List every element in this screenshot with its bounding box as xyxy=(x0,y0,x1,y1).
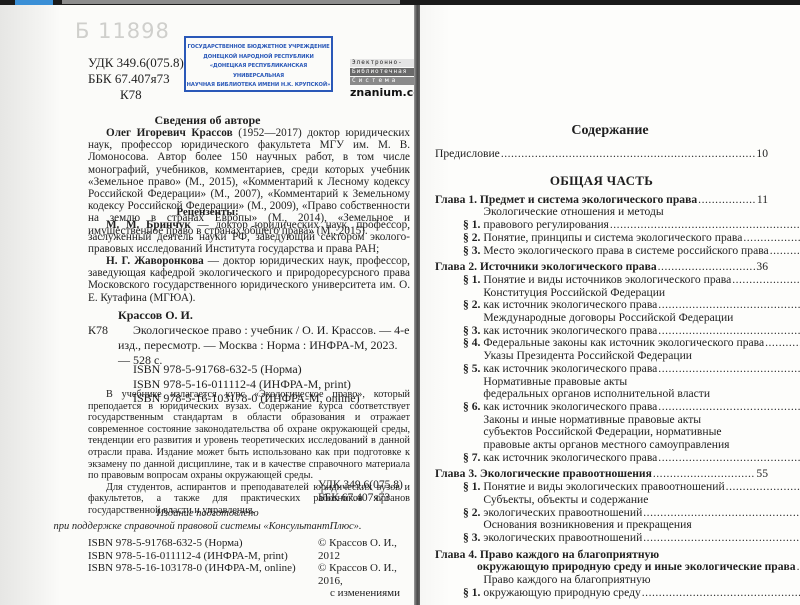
toc-entry-label: Глава 4. Право каждого на благоприятнуюо… xyxy=(435,549,800,574)
copyright-block: © Крассов О. И., 2012 © Крассов О. И., 2… xyxy=(318,537,415,600)
section-label-line: правового регулирования11 xyxy=(483,219,800,232)
section-number: § 6. xyxy=(463,401,480,414)
section-label-text: как источник экологического права xyxy=(483,452,657,465)
section-label-line: окружающую природную среду68 xyxy=(483,587,800,600)
prepared-note-line: при поддержке справочной правовой систем… xyxy=(0,520,415,533)
leader-dots xyxy=(797,561,800,574)
leader-dots xyxy=(658,452,800,465)
section-label-line: Понятие, принципы и система экологическо… xyxy=(483,232,800,245)
part-title: ОБЩАЯ ЧАСТЬ xyxy=(435,173,768,189)
stamp-line: ГОСУДАРСТВЕННОЕ БЮДЖЕТНОЕ УЧРЕЖДЕНИЕ xyxy=(186,43,331,53)
section-label-text: Указы Президента Российской Федерации xyxy=(483,350,692,363)
toc-entry-chapter[interactable]: Глава 4. Право каждого на благоприятнуюо… xyxy=(435,549,768,574)
toc-entry-section[interactable]: § 1.Право каждого на благоприятнуюокружа… xyxy=(435,574,768,599)
leader-dots xyxy=(501,148,755,161)
leader-dots xyxy=(770,245,800,258)
classification-block: УДК 349.6(075.8) ББК 67.407я73 К78 xyxy=(88,55,184,103)
isbn-item: ISBN 978-5-16-011112-4 (ИНФРА-М, print) xyxy=(88,550,296,563)
toc-entry-section[interactable]: § 3.Место экологического права в системе… xyxy=(435,245,768,258)
udk-code: УДК 349.6(075.8) xyxy=(88,55,184,71)
isbn-item: ISBN 978-5-16-103178-0 (ИНФРА-М, online) xyxy=(88,562,296,575)
reviewer-item: М. М. Бринчук — доктор юридических наук,… xyxy=(88,219,410,256)
toc-entry-section[interactable]: § 1.Понятие и виды экологических правоот… xyxy=(435,481,768,494)
toc-entry-label: Предисловие xyxy=(435,148,500,161)
section-body: Конституция Российской Федерациикак исто… xyxy=(483,287,800,312)
section-number: § 2. xyxy=(463,299,480,312)
toc-entry-section[interactable]: § 1.Экологические отношения и методыправ… xyxy=(435,206,768,231)
leader-dots xyxy=(658,401,800,414)
section-number: § 2. xyxy=(463,232,480,245)
section-body: Основания возникновения и прекращенияэко… xyxy=(483,519,800,544)
leader-dots xyxy=(658,363,800,376)
section-label-line: Субъекты, объекты и содержание xyxy=(483,494,800,507)
section-label-text: правовые акты органов местного самоуправ… xyxy=(483,439,729,452)
toc-entry-section[interactable]: § 2.Конституция Российской Федерациикак … xyxy=(435,287,768,312)
section-label-line: экологических правоотношений64 xyxy=(483,532,800,545)
section-number: § 2. xyxy=(463,507,480,520)
section-label-text: Понятие и виды экологических правоотноше… xyxy=(483,481,724,494)
leader-dots xyxy=(765,337,800,350)
ebs-logo: Электронно- Библиотечная Система znanium… xyxy=(350,59,415,99)
leader-dots xyxy=(610,219,800,232)
section-number: § 3. xyxy=(463,532,480,545)
section-label-text: Субъекты, объекты и содержание xyxy=(483,494,648,507)
section-body: Место экологического права в системе рос… xyxy=(483,245,800,258)
section-label-text: окружающую природную среду xyxy=(483,587,640,600)
section-number: § 1. xyxy=(463,587,480,600)
bibliographic-author: Крассов О. И. xyxy=(118,308,193,323)
section-label-text: Место экологического права в системе рос… xyxy=(483,245,768,258)
section-label-text: Понятие и виды источников экологического… xyxy=(483,274,731,287)
toc-entry-section[interactable]: § 1.Понятие и виды источников экологичес… xyxy=(435,274,768,287)
section-label-text: Право каждого на благоприятную xyxy=(483,574,650,587)
stamp-line: НАУЧНАЯ БИБЛИОТЕКА ИМЕНИ Н.К. КРУПСКОЙ» xyxy=(186,81,331,91)
toc-page-number: 11 xyxy=(756,194,768,207)
section-number: § 1. xyxy=(463,219,480,232)
leader-dots xyxy=(643,532,800,545)
toc-entry-section[interactable]: § 7.Законы и иные нормативные правовые а… xyxy=(435,414,768,465)
section-body: Право каждого на благоприятнуюокружающую… xyxy=(483,574,800,599)
isbn-footer: ISBN 978-5-91768-632-5 (Норма) ISBN 978-… xyxy=(88,537,296,575)
annotation-paragraph: В учебнике излагается курс «Экологическо… xyxy=(88,389,410,482)
prepared-note-line: Издание подготовлено xyxy=(0,507,415,520)
toc-entry-section[interactable]: § 5.Указы Президента Российской Федераци… xyxy=(435,350,768,375)
stamp-line: ДОНЕЦКОЙ НАРОДНОЙ РЕСПУБЛИКИ xyxy=(186,53,331,63)
bibliographic-code: К78 xyxy=(88,323,108,338)
section-label-line: Понятие и виды экологических правоотноше… xyxy=(483,481,800,494)
section-body: Понятие и виды источников экологического… xyxy=(483,274,800,287)
section-number: § 1. xyxy=(463,274,480,287)
contents-title: Содержание xyxy=(420,123,800,139)
section-label-text: правового регулирования xyxy=(483,219,608,232)
toc-page-number: 55 xyxy=(756,468,768,481)
stamp-line: «ДОНЕЦКАЯ РЕСПУБЛИКАНСКАЯ УНИВЕРСАЛЬНАЯ xyxy=(186,62,331,81)
section-label-line: Понятие и виды источников экологического… xyxy=(483,274,800,287)
author-full-name: Олег Игоревич Крассов xyxy=(106,127,233,139)
section-body: Экологические отношения и методыправовог… xyxy=(483,206,800,231)
section-label-line: Международные договоры Российской Федера… xyxy=(483,312,800,325)
scanner-edge-grey xyxy=(62,0,400,4)
section-body: Законы и иные нормативные правовые актыс… xyxy=(483,414,800,465)
left-page-imprint: Б 11898 УДК 349.6(075.8) ББК 67.407я73 К… xyxy=(0,5,415,605)
toc-entry-section[interactable]: § 2.Понятие, принципы и система экологич… xyxy=(435,232,768,245)
section-number: § 4. xyxy=(463,337,480,350)
leader-dots xyxy=(698,194,755,207)
bbk-code: ББК 67.407я73 xyxy=(88,71,184,87)
leader-dots xyxy=(732,274,800,287)
leader-dots xyxy=(743,232,800,245)
section-label-text: как источник экологического права xyxy=(483,363,657,376)
toc-entry-section[interactable]: § 6.Нормативные правовые актыфедеральных… xyxy=(435,376,768,414)
section-label-line: Указы Президента Российской Федерации xyxy=(483,350,800,363)
reviewer-name: М. М. Бринчук xyxy=(106,219,191,231)
toc-entry-section[interactable]: § 3.Международные договоры Российской Фе… xyxy=(435,312,768,337)
leader-dots xyxy=(642,587,800,600)
handwritten-inventory-mark: Б 11898 xyxy=(75,19,170,43)
reviewer-item: Н. Г. Жаворонкова — доктор юридических н… xyxy=(88,255,410,304)
section-label-text: Международные договоры Российской Федера… xyxy=(483,312,733,325)
ebs-logo-line1: Электронно- xyxy=(350,59,415,67)
section-number: § 3. xyxy=(463,245,480,258)
toc-entry-preface[interactable]: Предисловие 10 xyxy=(435,148,768,161)
reviewers-title: Рецензенты: xyxy=(0,206,415,218)
toc-entry-section[interactable]: § 3.Основания возникновения и прекращени… xyxy=(435,519,768,544)
ebs-logo-line2: Библиотечная xyxy=(350,68,415,76)
section-label-line: как источник экологического права49 xyxy=(483,363,800,376)
section-number: § 5. xyxy=(463,363,480,376)
section-label-text: как источник экологического права xyxy=(483,401,657,414)
ebs-logo-line3: Система xyxy=(350,77,415,85)
section-number: § 7. xyxy=(463,452,480,465)
right-page-contents: Содержание Предисловие 10 ОБЩАЯ ЧАСТЬ Гл… xyxy=(420,5,800,605)
toc-page-number: 36 xyxy=(756,261,768,274)
section-label-line: Место экологического права в системе рос… xyxy=(483,245,800,258)
section-number: § 1. xyxy=(463,481,480,494)
toc-page-number: 10 xyxy=(756,148,768,161)
section-body: Указы Президента Российской Федерациикак… xyxy=(483,350,800,375)
author-mark: К78 xyxy=(88,87,184,103)
about-author-title: Сведения об авторе xyxy=(0,113,415,128)
copyright-line: © Крассов О. И., 2016, xyxy=(318,562,415,587)
section-label-text: Понятие, принципы и система экологическо… xyxy=(483,232,742,245)
section-label-line: как источник экологического права53 xyxy=(483,452,800,465)
copyright-line: © Крассов О. И., 2012 xyxy=(318,537,415,562)
copyright-line: с изменениями xyxy=(318,587,415,600)
toc-entry-section[interactable]: § 2.Субъекты, объекты и содержаниеэколог… xyxy=(435,494,768,519)
bbk-code: ББК 67.407я73 xyxy=(318,492,403,505)
section-label-line: как источник экологического права51 xyxy=(483,401,800,414)
section-label-text: экологических правоотношений xyxy=(483,532,642,545)
section-body: Понятие и виды экологических правоотноше… xyxy=(483,481,800,494)
udk-footer: УДК 349.6(075.8) ББК 67.407я73 xyxy=(318,479,403,505)
section-label-line: Право каждого на благоприятную xyxy=(483,574,800,587)
section-body: Понятие, принципы и система экологическо… xyxy=(483,232,800,245)
prepared-note: Издание подготовлено при поддержке справ… xyxy=(0,507,415,533)
udk-code: УДК 349.6(075.8) xyxy=(318,479,403,492)
section-body: Нормативные правовые актыфедеральных орг… xyxy=(483,376,800,414)
section-label-line: правовые акты органов местного самоуправ… xyxy=(483,439,800,452)
table-of-contents: Предисловие 10 ОБЩАЯ ЧАСТЬ Глава 1. Пред… xyxy=(435,148,768,600)
isbn-item: ISBN 978-5-91768-632-5 (Норма) xyxy=(88,537,296,550)
reviewer-name: Н. Г. Жаворонкова xyxy=(106,255,204,267)
section-body: Субъекты, объекты и содержаниеэкологичес… xyxy=(483,494,800,519)
library-stamp: ГОСУДАРСТВЕННОЕ БЮДЖЕТНОЕ УЧРЕЖДЕНИЕ ДОН… xyxy=(184,36,333,92)
section-body: Международные договоры Российской Федера… xyxy=(483,312,800,337)
leader-dots xyxy=(726,481,800,494)
chapter-list: Глава 1. Предмет и система экологическог… xyxy=(435,194,768,600)
ebs-site-name: znanium.com xyxy=(350,86,415,99)
isbn-item: ISBN 978-5-91768-632-5 (Норма) xyxy=(133,362,360,377)
